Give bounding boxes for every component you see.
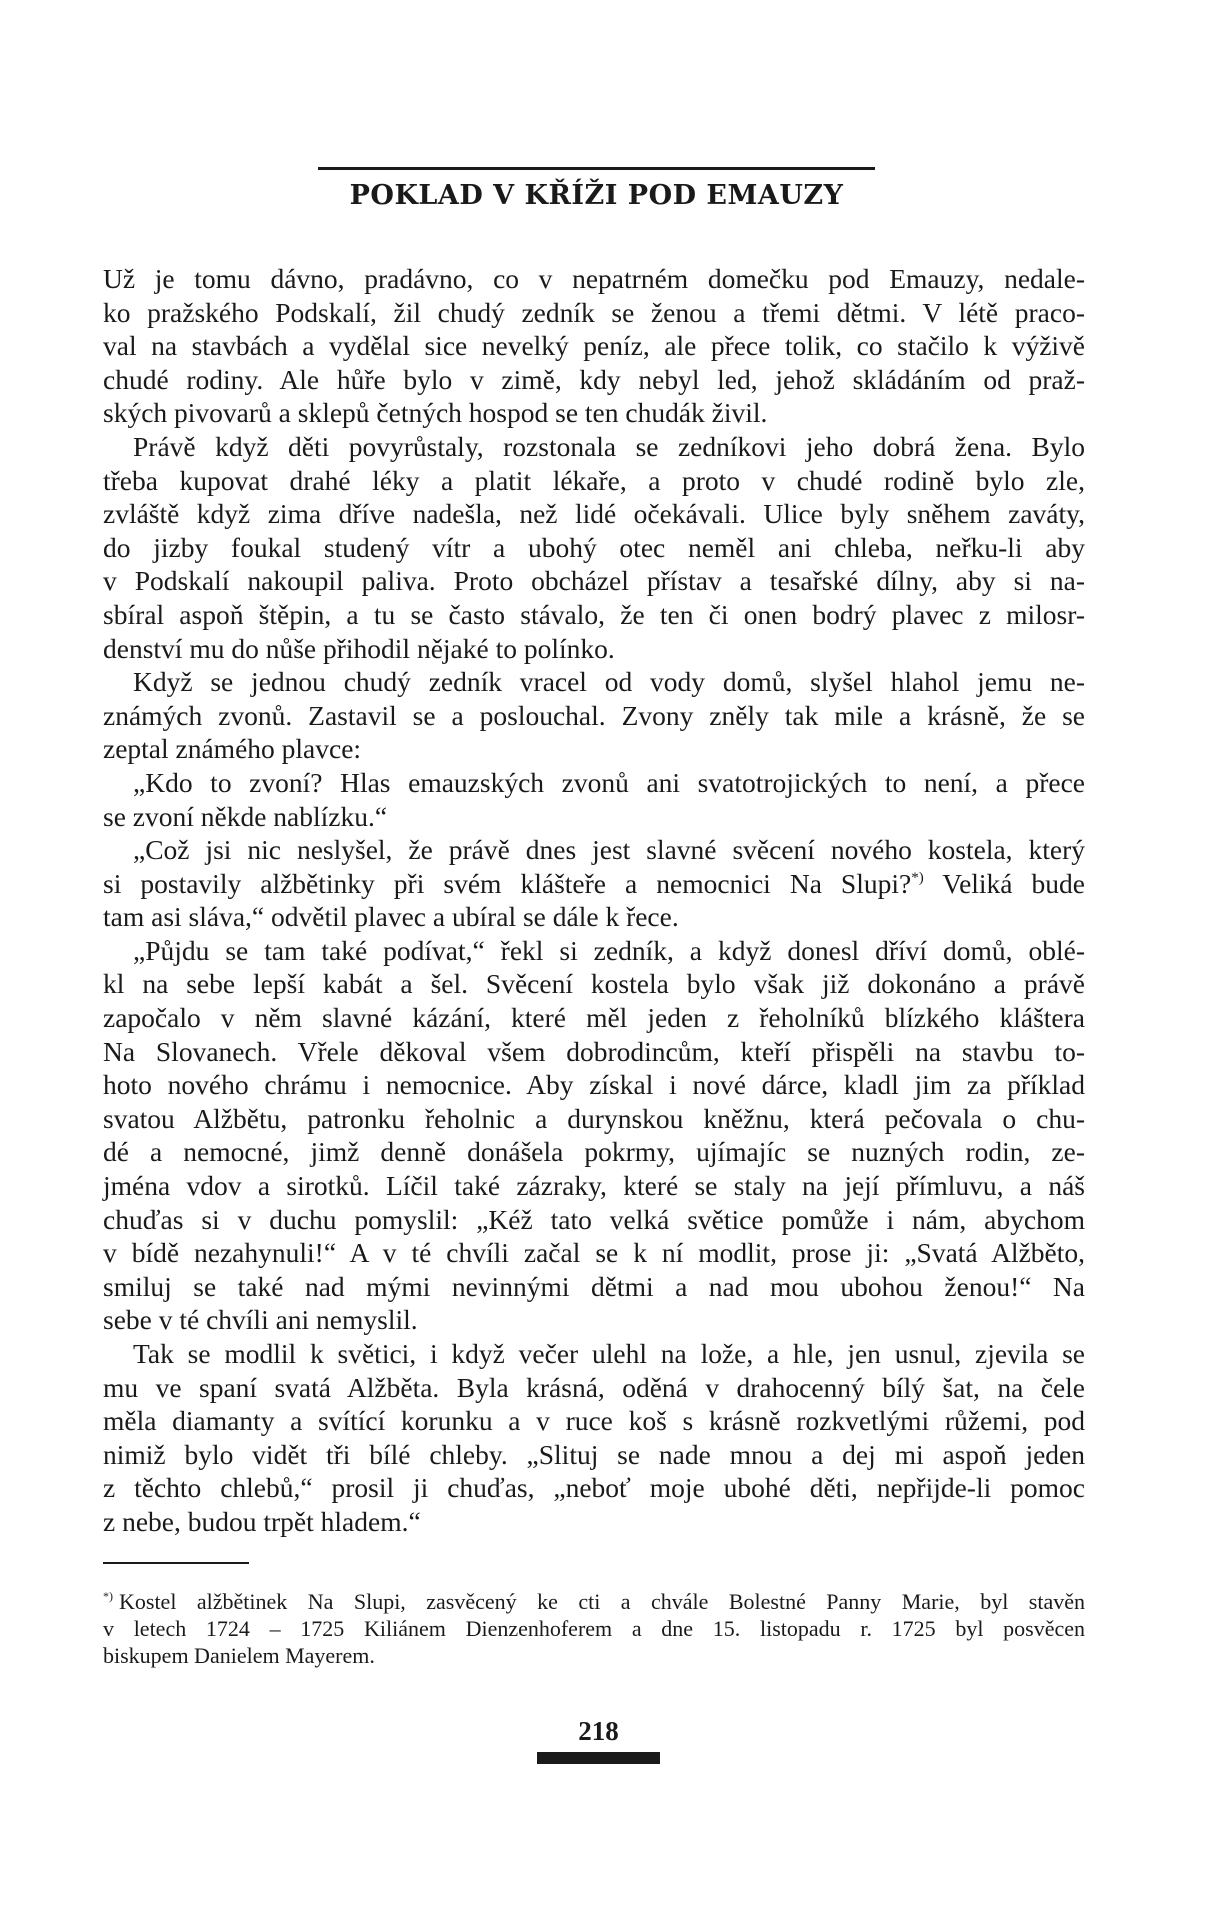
text-line: hoto nového chrámu i nemocnice. Aby získ… — [103, 1068, 1085, 1102]
chapter-title: POKLAD V KŘÍŽI POD EMAUZY — [318, 180, 875, 211]
text-line: zvláště když zima dříve nadešla, než lid… — [103, 497, 1085, 531]
footnote-line: v letech 1724 – 1725 Kiliánem Dienzenhof… — [103, 1615, 1085, 1642]
text-line: Už je tomu dávno, pradávno, co v nepatrn… — [103, 262, 1085, 296]
text-segment: Veliká bude — [924, 868, 1085, 899]
text-line: „Což jsi nic neslyšel, že právě dnes jes… — [103, 833, 1085, 867]
page-number-bar — [537, 1752, 660, 1764]
text-line: svatou Alžbětu, patronku řeholnic a dury… — [103, 1102, 1085, 1136]
body-text: Už je tomu dávno, pradávno, co v nepatrn… — [103, 262, 1085, 1539]
text-line: Právě když děti povyrůstaly, rozstonala … — [103, 430, 1085, 464]
text-line: zeptal známého plavce: — [103, 732, 1085, 766]
text-line: do jizby foukal studený vítr a ubohý ote… — [103, 531, 1085, 565]
text-line: v Podskalí nakoupil paliva. Proto obcház… — [103, 564, 1085, 598]
text-line: si postavily alžbětinky při svém klášteř… — [103, 867, 1085, 901]
page-number: 218 — [537, 1716, 660, 1747]
text-line: „Kdo to zvoní? Hlas emauzských zvonů ani… — [103, 766, 1085, 800]
text-line: denství mu do nůše přihodil nějaké to po… — [103, 632, 1085, 666]
footnote-line: *)Kostel alžbětinek Na Slupi, zasvěcený … — [103, 1588, 1085, 1615]
text-line: jména vdov a sirotků. Líčil také zázraky… — [103, 1169, 1085, 1203]
text-line: známých zvonů. Zastavil se a poslouchal.… — [103, 699, 1085, 733]
text-line: v bídě nezahynuli!“ A v té chvíli začal … — [103, 1236, 1085, 1270]
text-line: sbíral aspoň štěpin, a tu se často stáva… — [103, 598, 1085, 632]
text-line: třeba kupovat drahé léky a platit lékaře… — [103, 464, 1085, 498]
footnote-reference[interactable]: *) — [911, 870, 924, 886]
title-rule — [318, 167, 875, 170]
text-line: dé a nemocné, jimž denně donášela pokrmy… — [103, 1135, 1085, 1169]
footnote-text: Kostel alžbětinek Na Slupi, zasvěcený ke… — [119, 1589, 1085, 1614]
text-line: sebe v té chvíli ani nemyslil. — [103, 1303, 1085, 1337]
text-line: mu ve spaní svatá Alžběta. Byla krásná, … — [103, 1371, 1085, 1405]
footnote-rule — [103, 1562, 249, 1564]
text-line: „Půjdu se tam také podívat,“ řekl si zed… — [103, 934, 1085, 968]
text-line: z těchto chlebů,“ prosil ji chuďas, „neb… — [103, 1471, 1085, 1505]
text-line: z nebe, budou trpět hladem.“ — [103, 1505, 1085, 1539]
text-segment: si postavily alžbětinky při svém klášteř… — [103, 868, 911, 899]
text-line: chudé rodiny. Ale hůře bylo v zimě, kdy … — [103, 363, 1085, 397]
book-page: POKLAD V KŘÍŽI POD EMAUZY Už je tomu dáv… — [0, 0, 1228, 1914]
text-line: ských pivovarů a sklepů četných hospod s… — [103, 396, 1085, 430]
footnote: *)Kostel alžbětinek Na Slupi, zasvěcený … — [103, 1588, 1085, 1669]
text-line: započalo v něm slavné kázání, které měl … — [103, 1001, 1085, 1035]
text-line: chuďas si v duchu pomyslil: „Kéž tato ve… — [103, 1203, 1085, 1237]
text-line: tam asi sláva,“ odvětil plavec a ubíral … — [103, 900, 1085, 934]
footnote-text: biskupem Danielem Mayerem. — [103, 1643, 375, 1668]
text-line: Tak se modlil k světici, i když večer ul… — [103, 1337, 1085, 1371]
text-line: se zvoní někde nablízku.“ — [103, 800, 1085, 834]
footnote-mark: *) — [103, 1589, 113, 1603]
text-line: měla diamanty a svítící korunku a v ruce… — [103, 1404, 1085, 1438]
footnote-text: v letech 1724 – 1725 Kiliánem Dienzenhof… — [103, 1616, 1085, 1641]
footnote-line: biskupem Danielem Mayerem. — [103, 1642, 1085, 1669]
text-line: nimiž bylo vidět tři bílé chleby. „Slitu… — [103, 1438, 1085, 1472]
text-line: val na stavbách a vydělal sice nevelký p… — [103, 329, 1085, 363]
text-line: kl na sebe lepší kabát a šel. Svěcení ko… — [103, 967, 1085, 1001]
text-line: ko pražského Podskalí, žil chudý zedník … — [103, 296, 1085, 330]
text-line: Na Slovanech. Vřele děkoval všem dobrodi… — [103, 1035, 1085, 1069]
text-line: smiluj se také nad mými nevinnými dětmi … — [103, 1270, 1085, 1304]
text-line: Když se jednou chudý zedník vracel od vo… — [103, 665, 1085, 699]
